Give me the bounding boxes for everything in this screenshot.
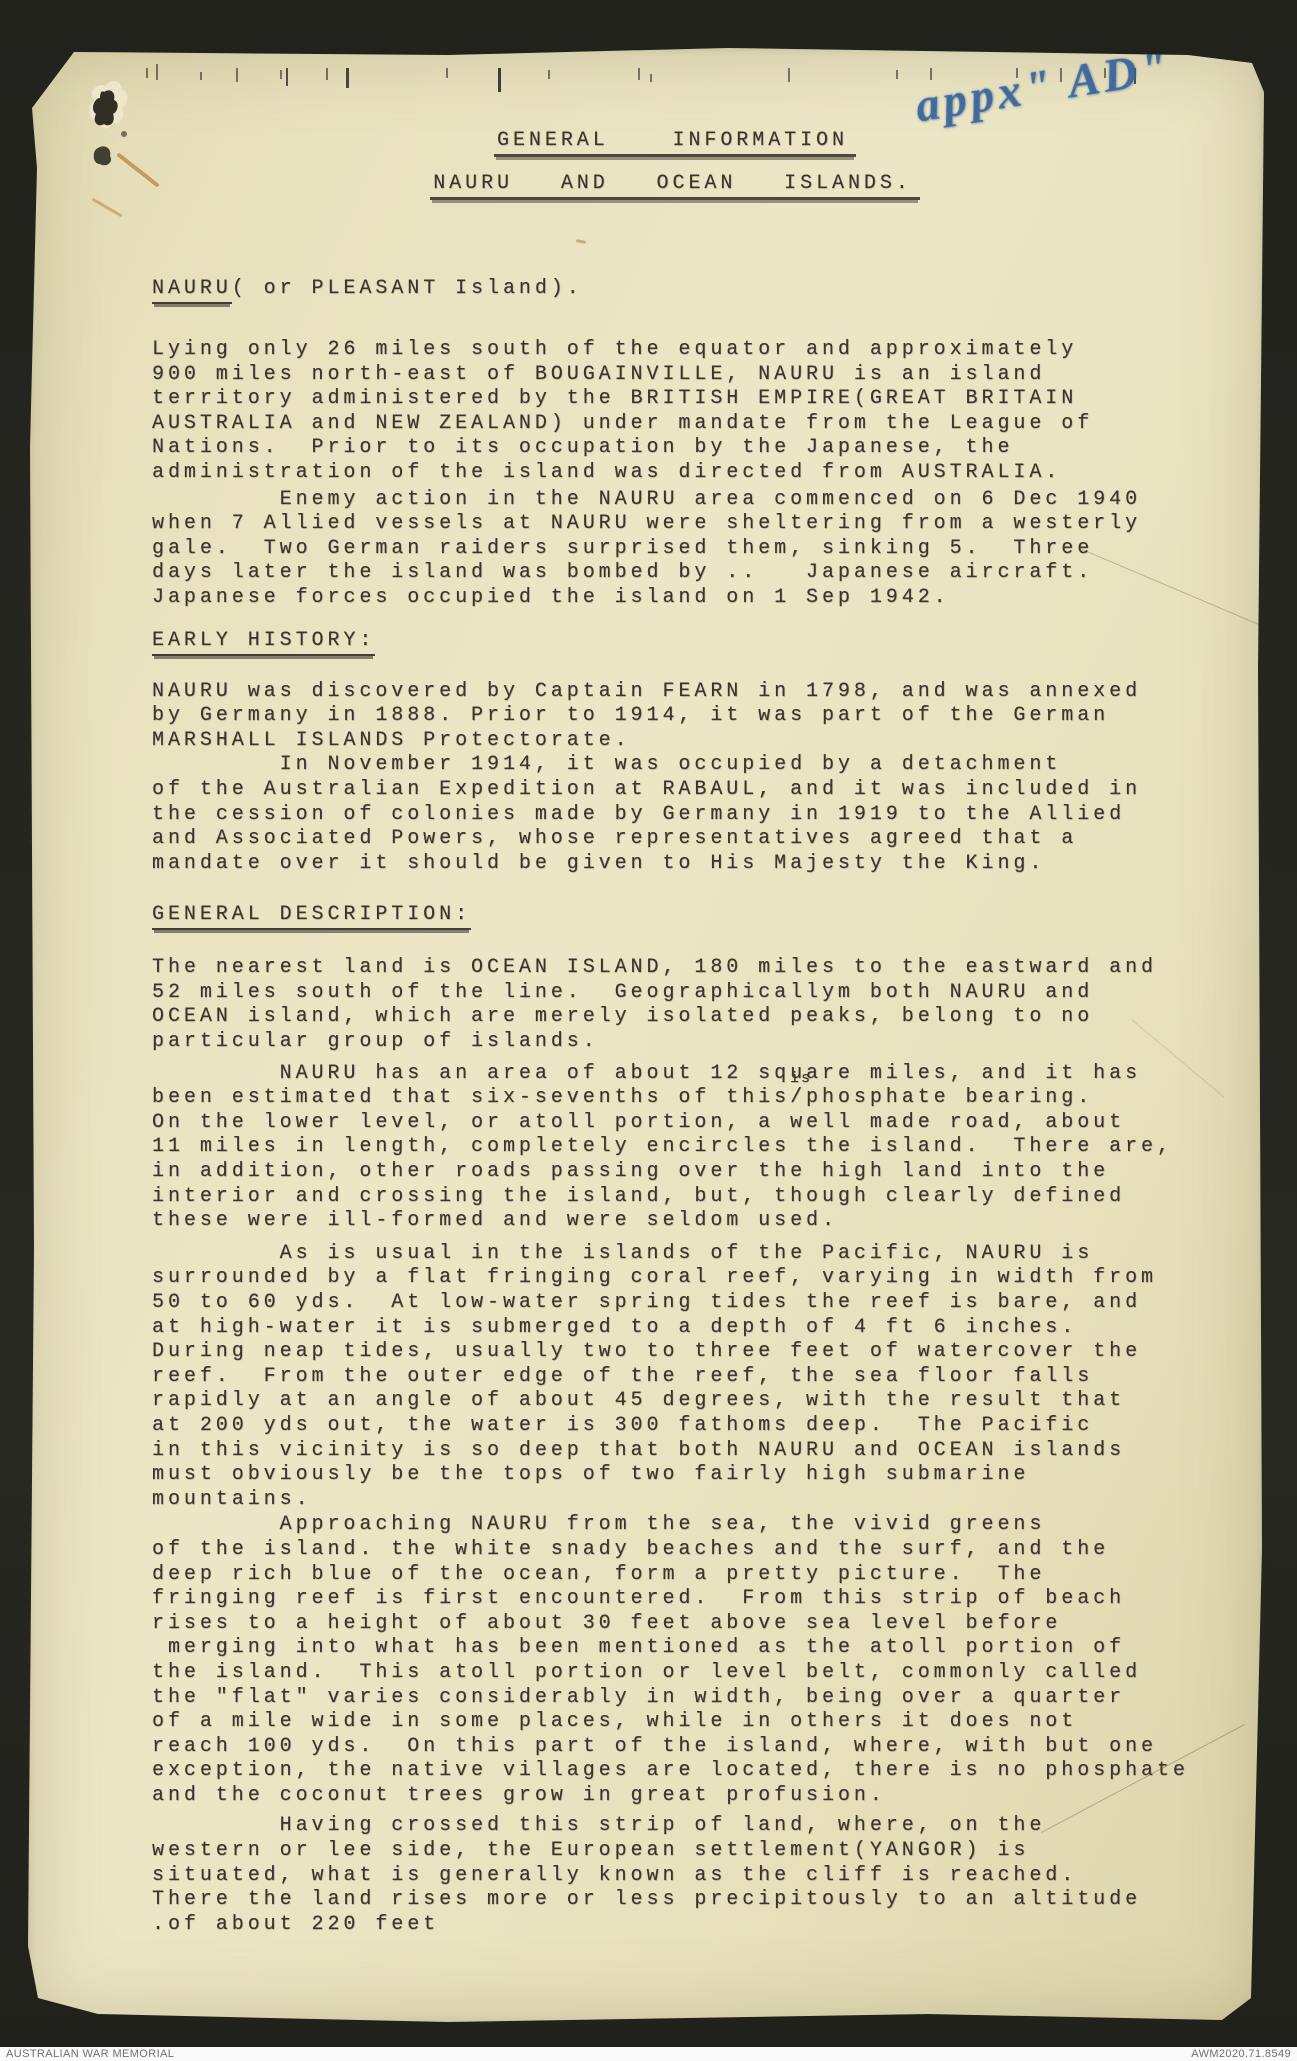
text-line: As is usual in the islands of the Pacifi… xyxy=(152,1242,1198,1267)
inserted-word: is xyxy=(790,1070,812,1087)
text-line: MARSHALL ISLANDS Protectorate. xyxy=(152,729,1198,754)
text-line: must obviously be the tops of two fairly… xyxy=(152,1463,1198,1488)
paragraph: The nearest land is OCEAN ISLAND, 180 mi… xyxy=(152,956,1198,1054)
text-line: at 200 yds out, the water is 300 fathoms… xyxy=(152,1414,1198,1439)
text-line: The nearest land is OCEAN ISLAND, 180 mi… xyxy=(152,956,1198,981)
text-line: by Germany in 1888. Prior to 1914, it wa… xyxy=(152,704,1198,729)
text-line: NAURU has an area of about 12 square mil… xyxy=(152,1062,1198,1087)
text-line: deep rich blue of the ocean, form a pret… xyxy=(152,1563,1198,1588)
island-heading-rest: ( or PLEASANT Island). xyxy=(232,277,583,300)
scan-background: appx" AD" GENERAL INFORMATION NAURU AND … xyxy=(0,0,1297,2061)
text-line: mandate over it should be given to His M… xyxy=(152,852,1198,877)
text-line: reef. From the outer edge of the reef, t… xyxy=(152,1365,1198,1390)
text-line: 50 to 60 yds. At low-water spring tides … xyxy=(152,1291,1198,1316)
text-line: territory administered by the BRITISH EM… xyxy=(152,387,1198,412)
text-line: reach 100 yds. On this part of the islan… xyxy=(152,1735,1198,1760)
text-line: AUSTRALIA and NEW ZEALAND) under mandate… xyxy=(152,412,1198,437)
island-heading: NAURU( or PLEASANT Island). xyxy=(152,276,1198,301)
paragraph: Lying only 26 miles south of the equator… xyxy=(152,338,1198,486)
section-heading-label: GENERAL DESCRIPTION: xyxy=(152,903,471,930)
island-heading-underlined: NAURU xyxy=(152,277,232,304)
text-line: these were ill-formed and were seldom us… xyxy=(152,1209,1198,1234)
text-line: surrounded by a flat fringing coral reef… xyxy=(152,1266,1198,1291)
document-page: appx" AD" GENERAL INFORMATION NAURU AND … xyxy=(28,48,1264,2023)
text-line: Nations. Prior to its occupation by the … xyxy=(152,436,1198,461)
text-line: On the lower level, or atoll portion, a … xyxy=(152,1111,1198,1136)
document-subtitle: NAURU AND OCEAN ISLANDS. xyxy=(152,171,1198,196)
text-line: 11 miles in length, completely encircles… xyxy=(152,1135,1198,1160)
text-line: particular group of islands. xyxy=(152,1030,1198,1055)
footer-bar: AUSTRALIAN WAR MEMORIAL AWM2020.71.8549 xyxy=(0,2047,1297,2061)
text-line: fringing reef is first encountered. From… xyxy=(152,1587,1198,1612)
document-body: NAURU( or PLEASANT Island).Lying only 26… xyxy=(152,276,1198,1937)
paragraph: Enemy action in the NAURU area commenced… xyxy=(152,488,1198,611)
text-line: Lying only 26 miles south of the equator… xyxy=(152,338,1198,363)
text-line: days later the island was bombed by .. J… xyxy=(152,561,1198,586)
text-line: and Associated Powers, whose representat… xyxy=(152,827,1198,852)
text-line: of the Australian Expedition at RABAUL, … xyxy=(152,778,1198,803)
text-line: been estimated that six-sevenths of this… xyxy=(152,1086,1198,1111)
paragraph: NAURU was discovered by Captain FEARN in… xyxy=(152,680,1198,877)
text-line: merging into what has been mentioned as … xyxy=(152,1636,1198,1661)
text-line: situated, what is generally known as the… xyxy=(152,1864,1198,1889)
text-line: administration of the island was directe… xyxy=(152,461,1198,486)
text-line: OCEAN island, which are merely isolated … xyxy=(152,1005,1198,1030)
typewritten-text: GENERAL INFORMATION NAURU AND OCEAN ISLA… xyxy=(152,48,1198,1937)
text-line: 900 miles north-east of BOUGAINVILLE, NA… xyxy=(152,363,1198,388)
text-line: of a mile wide in some places, while in … xyxy=(152,1710,1198,1735)
text-line: in addition, other roads passing over th… xyxy=(152,1160,1198,1185)
text-line: There the land rises more or less precip… xyxy=(152,1888,1198,1913)
text-line: Approaching NAURU from the sea, the vivi… xyxy=(152,1513,1198,1538)
text-line: of the island. the white snady beaches a… xyxy=(152,1538,1198,1563)
section-heading: EARLY HISTORY: xyxy=(152,628,1198,653)
text-line: NAURU was discovered by Captain FEARN in… xyxy=(152,680,1198,705)
text-line: 52 miles south of the line. Geographical… xyxy=(152,981,1198,1006)
text-line: rises to a height of about 30 feet above… xyxy=(152,1612,1198,1637)
paragraph: NAURU has an area of about 12 square mil… xyxy=(152,1062,1198,1234)
text-line: at high-water it is submerged to a depth… xyxy=(152,1316,1198,1341)
text-line: .of about 220 feet xyxy=(152,1913,1198,1938)
ink-blot xyxy=(80,70,150,220)
section-heading-label: EARLY HISTORY: xyxy=(152,629,375,656)
document-title: GENERAL INFORMATION xyxy=(152,128,1198,153)
text-line: interior and crossing the island, but, t… xyxy=(152,1185,1198,1210)
text-line: mountains. xyxy=(152,1488,1198,1513)
text-line: in this vicinity is so deep that both NA… xyxy=(152,1439,1198,1464)
footer-right: AWM2020.71.8549 xyxy=(1191,2047,1291,2061)
text-line: gale. Two German raiders surprised them,… xyxy=(152,537,1198,562)
paragraph: As is usual in the islands of the Pacifi… xyxy=(152,1242,1198,1513)
paragraph: Approaching NAURU from the sea, the vivi… xyxy=(152,1513,1198,1808)
text-line: and the coconut trees grow in great prof… xyxy=(152,1784,1198,1809)
footer-left: AUSTRALIAN WAR MEMORIAL xyxy=(6,2047,174,2061)
text-line: rapidly at an angle of about 45 degrees,… xyxy=(152,1389,1198,1414)
text-line: In November 1914, it was occupied by a d… xyxy=(152,753,1198,778)
text-line: the "flat" varies considerably in width,… xyxy=(152,1686,1198,1711)
text-line: the island. This atoll portion or level … xyxy=(152,1661,1198,1686)
text-line: when 7 Allied vessels at NAURU were shel… xyxy=(152,512,1198,537)
paragraph: Having crossed this strip of land, where… xyxy=(152,1814,1198,1937)
text-line: exception, the native villages are locat… xyxy=(152,1759,1198,1784)
text-line: During neap tides, usually two to three … xyxy=(152,1340,1198,1365)
text-line: Japanese forces occupied the island on 1… xyxy=(152,586,1198,611)
section-heading: GENERAL DESCRIPTION: xyxy=(152,902,1198,927)
text-line: Enemy action in the NAURU area commenced… xyxy=(152,488,1198,513)
text-line: the cession of colonies made by Germany … xyxy=(152,803,1198,828)
text-line: western or lee side, the European settle… xyxy=(152,1839,1198,1864)
text-line: Having crossed this strip of land, where… xyxy=(152,1814,1198,1839)
